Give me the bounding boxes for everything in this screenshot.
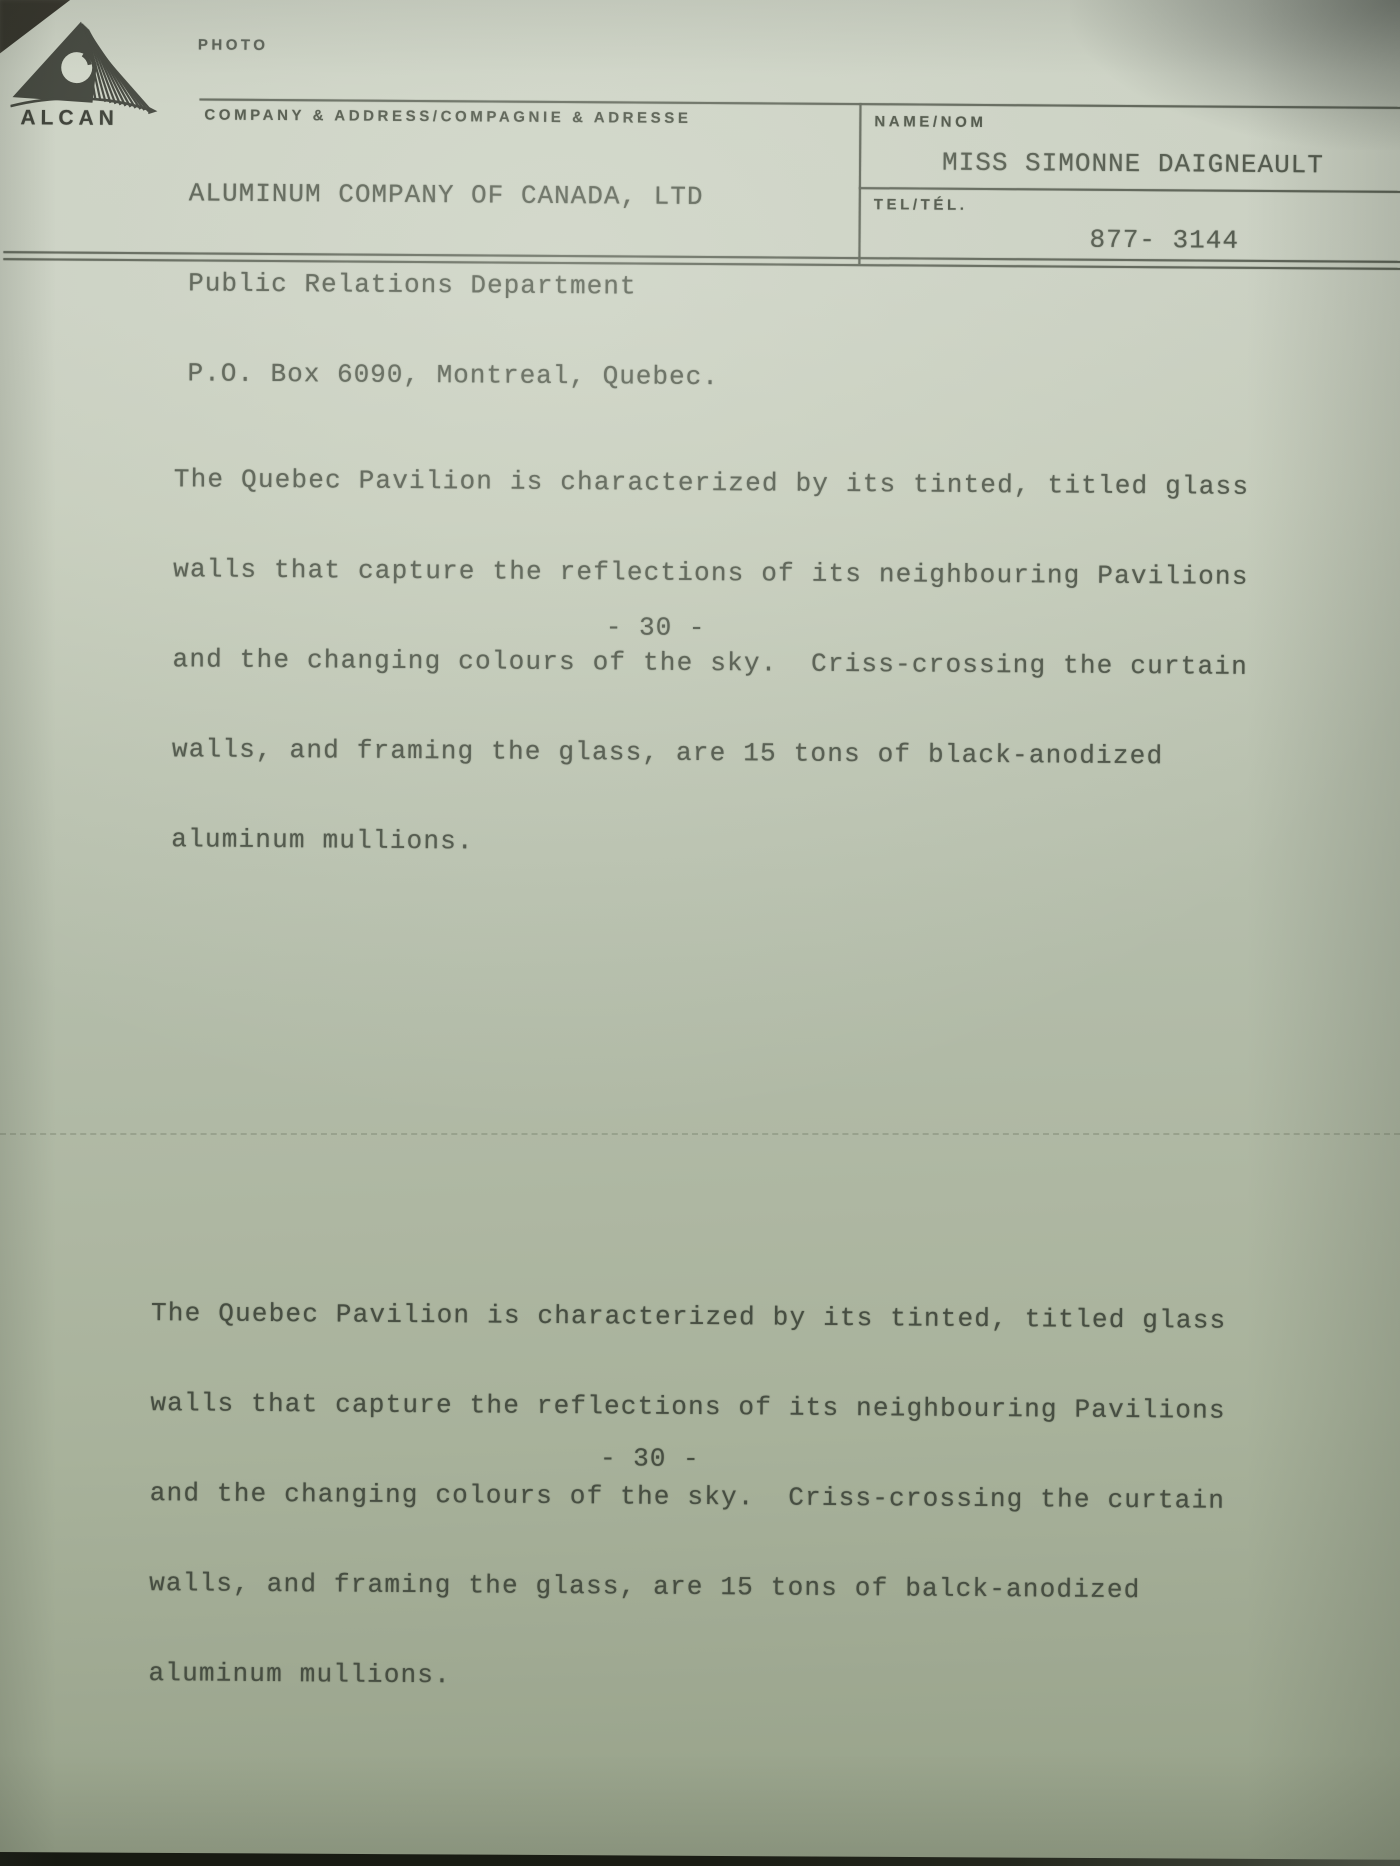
paper-content: ALCAN PHOTO COMPANY & ADDRESS/COMPAGNIE … — [0, 0, 1400, 1866]
caption-line: walls that capture the reflections of it… — [173, 554, 1249, 592]
end-mark: - 30 - — [606, 612, 706, 643]
caption-line: The Quebec Pavilion is characterized by … — [174, 464, 1250, 502]
form-vertical-divider — [858, 103, 861, 264]
alcan-brand-text: ALCAN — [20, 106, 119, 131]
caption-line: aluminum mullions. — [148, 1658, 1224, 1696]
caption-line: and the changing colours of the sky. Cri… — [150, 1478, 1226, 1516]
photo-label: PHOTO — [198, 36, 269, 53]
company-address-value: ALUMINUM COMPANY OF CANADA, LTD Public R… — [187, 118, 721, 452]
caption-paragraph-1: The Quebec Pavilion is characterized by … — [171, 404, 1250, 921]
company-line: Public Relations Department — [188, 268, 719, 302]
caption-line: and the changing colours of the sky. Cri… — [172, 644, 1248, 682]
end-mark: - 30 - — [600, 1443, 700, 1474]
scanned-photo-caption-document: ALCAN PHOTO COMPANY & ADDRESS/COMPAGNIE … — [0, 0, 1400, 1866]
caption-line: aluminum mullions. — [171, 824, 1247, 862]
caption-line: walls, and framing the glass, are 15 ton… — [172, 734, 1248, 772]
caption-paragraph-2: The Quebec Pavilion is characterized by … — [148, 1238, 1227, 1755]
caption-line: walls, and framing the glass, are 15 ton… — [149, 1568, 1225, 1606]
perforation-fold-line — [0, 1133, 1400, 1135]
name-value: MISS SIMONNE DAIGNEAULT — [942, 148, 1324, 181]
name-label: NAME/NOM — [874, 113, 986, 131]
company-line: P.O. Box 6090, Montreal, Quebec. — [187, 358, 718, 392]
photo-corner-shadow-top-right — [1070, 0, 1400, 150]
tel-value: 877- 3144 — [1089, 225, 1239, 256]
caption-line: The Quebec Pavilion is characterized by … — [151, 1298, 1227, 1336]
company-line: ALUMINUM COMPANY OF CANADA, LTD — [189, 178, 720, 212]
tel-label: TEL/TÉL. — [874, 196, 968, 214]
caption-line: walls that capture the reflections of it… — [150, 1388, 1226, 1426]
form-name-tel-divider — [859, 187, 1400, 193]
